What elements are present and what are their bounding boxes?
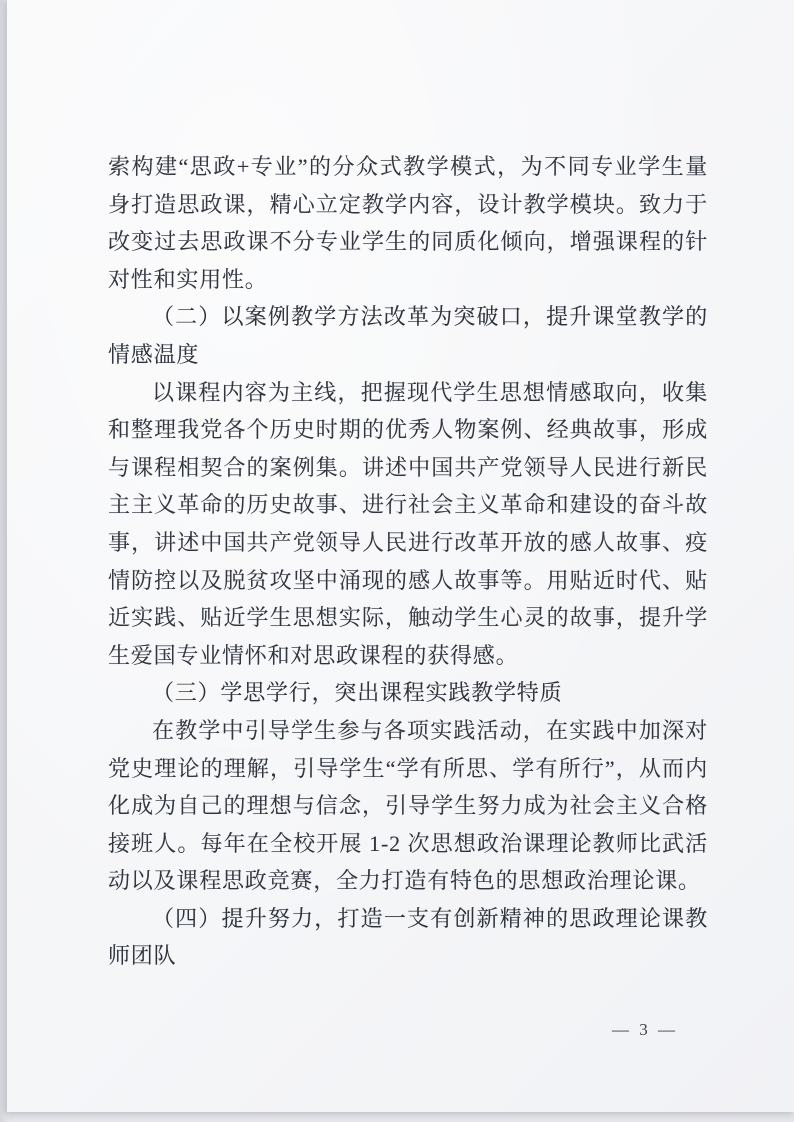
section-heading-3: （三）学思学行，突出课程实践教学特质 xyxy=(108,674,708,712)
paragraph-practice-teaching: 在教学中引导学生参与各项实践活动，在实践中加深对党史理论的理解，引导学生“学有所… xyxy=(108,712,708,900)
paragraph-case-teaching: 以课程内容为主线，把握现代学生思想情感取向，收集和整理我党各个历史时期的优秀人物… xyxy=(108,374,708,675)
scan-background: 索构建“思政+专业”的分众式教学模式，为不同专业学生量身打造思政课，精心立定教学… xyxy=(0,0,794,1122)
paragraph-continuation: 索构建“思政+专业”的分众式教学模式，为不同专业学生量身打造思政课，精心立定教学… xyxy=(108,148,708,298)
document-page: 索构建“思政+专业”的分众式教学模式，为不同专业学生量身打造思政课，精心立定教学… xyxy=(7,0,794,1112)
section-heading-2: （二）以案例教学方法改革为突破口，提升课堂教学的情感温度 xyxy=(108,298,708,373)
page-number: — 3 — xyxy=(612,1020,678,1040)
section-heading-4: （四）提升努力，打造一支有创新精神的思政理论课教师团队 xyxy=(108,900,708,975)
page-text-block: 索构建“思政+专业”的分众式教学模式，为不同专业学生量身打造思政课，精心立定教学… xyxy=(108,148,708,975)
